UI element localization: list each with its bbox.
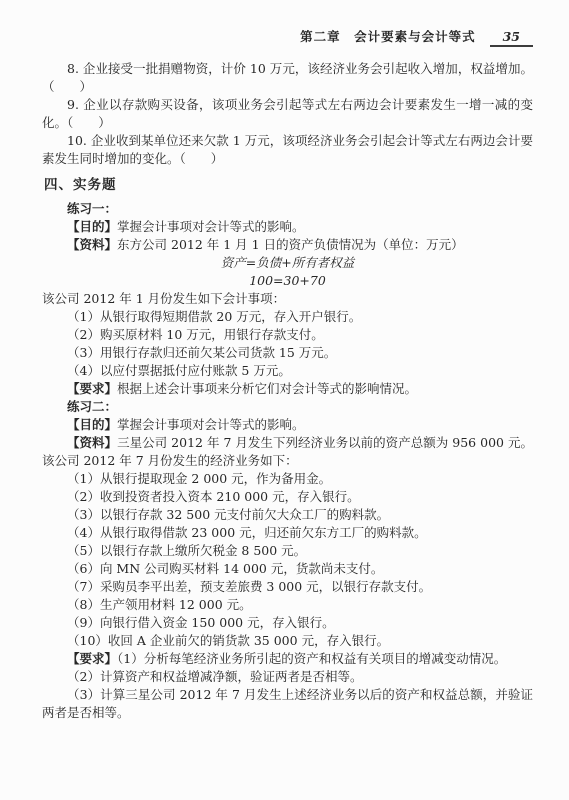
exercise1-item-1: （1）从银行取得短期借款 20 万元，存入开户银行。 xyxy=(42,308,533,326)
accounting-equation-values: 100=30+70 xyxy=(42,272,533,290)
judgment-item-10: 10. 企业收到某单位还来欠款 1 万元，该项经济业务会引起会计等式左右两边会计… xyxy=(42,132,533,168)
purpose-text: 掌握会计事项对会计等式的影响。 xyxy=(117,219,305,234)
exercise2-material: 【资料】三星公司 2012 年 7 月发生下列经济业务以前的资产总额为 956 … xyxy=(42,434,533,470)
requirement-text: 根据上述会计事项来分析它们对会计等式的影响情况。 xyxy=(117,381,417,396)
purpose-text: 掌握会计事项对会计等式的影响。 xyxy=(117,417,305,432)
judgment-item-9: 9. 企业以存款购买设备，该项业务会引起等式左右两边会计要素发生一增一减的变化。… xyxy=(42,96,533,132)
requirement-text: （1）分析每笔经济业务所引起的资产和权益有关项目的增减变动情况。 xyxy=(117,651,506,666)
judgment-item-8: 8. 企业接受一批捐赠物资，计价 10 万元，该经济业务会引起收入增加，权益增加… xyxy=(42,60,533,96)
running-header: 第二章 会计要素与会计等式 35 xyxy=(42,27,533,47)
purpose-label: 【目的】 xyxy=(67,219,117,234)
exercise1-purpose: 【目的】掌握会计事项对会计等式的影响。 xyxy=(42,218,533,236)
material-text: 东方公司 2012 年 1 月 1 日的资产负债情况为（单位：万元） xyxy=(117,237,464,252)
exercise2-item-10: （10）收回 A 企业前欠的销货款 35 000 元，存入银行。 xyxy=(42,632,533,650)
exercise2-item-1: （1）从银行提取现金 2 000 元，作为备用金。 xyxy=(42,470,533,488)
page-content: 第二章 会计要素与会计等式 35 8. 企业接受一批捐赠物资，计价 10 万元，… xyxy=(0,0,569,722)
exercise2-item-8: （8）生产领用材料 12 000 元。 xyxy=(42,596,533,614)
exercise1-item-4: （4）以应付票据抵付应付账款 5 万元。 xyxy=(42,362,533,380)
requirement-label: 【要求】 xyxy=(67,381,117,396)
exercise2-requirement-2: （2）计算资产和权益增减净额，验证两者是否相等。 xyxy=(42,668,533,686)
requirement-label: 【要求】 xyxy=(67,651,117,666)
section-heading-practical: 四、实务题 xyxy=(44,176,533,194)
exercise1-item-2: （2）购买原材料 10 万元，用银行存款支付。 xyxy=(42,326,533,344)
exercise1-requirement: 【要求】根据上述会计事项来分析它们对会计等式的影响情况。 xyxy=(42,380,533,398)
page-number: 35 xyxy=(490,29,533,47)
exercise1-continuation: 该公司 2012 年 1 月份发生如下会计事项： xyxy=(42,290,533,308)
material-label: 【资料】 xyxy=(67,435,117,450)
textbook-page: 第二章 会计要素与会计等式 35 8. 企业接受一批捐赠物资，计价 10 万元，… xyxy=(0,0,569,800)
exercise2-item-7: （7）采购员李平出差，预支差旅费 3 000 元，以银行存款支付。 xyxy=(42,578,533,596)
purpose-label: 【目的】 xyxy=(67,417,117,432)
exercise1-title: 练习一： xyxy=(42,200,533,218)
exercise1-material: 【资料】东方公司 2012 年 1 月 1 日的资产负债情况为（单位：万元） xyxy=(42,236,533,254)
exercise1-item-3: （3）用银行存款归还前欠某公司货款 15 万元。 xyxy=(42,344,533,362)
exercise2-item-3: （3）以银行存款 32 500 元支付前欠大众工厂的购料款。 xyxy=(42,506,533,524)
accounting-equation: 资产=负债+所有者权益 xyxy=(42,254,533,272)
exercise2-item-6: （6）向 MN 公司购买材料 14 000 元，货款尚未支付。 xyxy=(42,560,533,578)
exercise2-purpose: 【目的】掌握会计事项对会计等式的影响。 xyxy=(42,416,533,434)
exercise2-item-4: （4）从银行取得借款 23 000 元，归还前欠东方工厂的购料款。 xyxy=(42,524,533,542)
exercise2-item-2: （2）收到投资者投入资本 210 000 元，存入银行。 xyxy=(42,488,533,506)
exercise2-item-5: （5）以银行存款上缴所欠税金 8 500 元。 xyxy=(42,542,533,560)
chapter-title: 第二章 会计要素与会计等式 xyxy=(300,27,476,45)
exercise2-item-9: （9）向银行借入资金 150 000 元，存入银行。 xyxy=(42,614,533,632)
exercise2-title: 练习二： xyxy=(42,398,533,416)
exercise2-requirement-3: （3）计算三星公司 2012 年 7 月发生上述经济业务以后的资产和权益总额，并… xyxy=(42,686,533,722)
material-label: 【资料】 xyxy=(67,237,117,252)
exercise2-requirement-1: 【要求】（1）分析每笔经济业务所引起的资产和权益有关项目的增减变动情况。 xyxy=(42,650,533,668)
